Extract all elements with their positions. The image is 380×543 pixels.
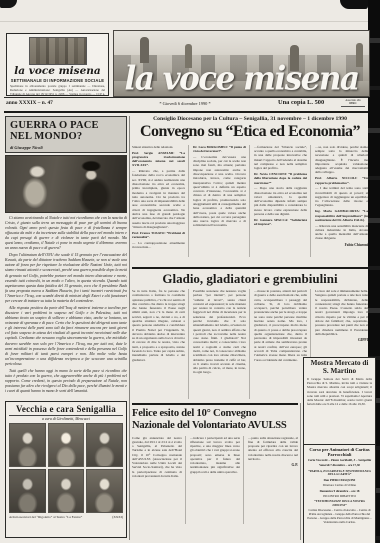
article-column: Sintesi sintetica delle relazioni. Prof.…	[132, 145, 189, 257]
column-text: — Dopo una storia della raggiunta dissoc…	[254, 186, 307, 216]
bush-saddam-photo	[5, 155, 127, 213]
gladio-headline: Gladio, gladiatori e grembiulini	[132, 272, 368, 285]
convegno-signature: Fabio Chiaroni	[315, 243, 368, 248]
convegno-headline: Convegno su “Etica ed Economia”	[132, 124, 368, 141]
corso-line: “TESTIMONIANZE DELLA NOSTRA DIOCESI”	[307, 500, 372, 508]
vecchia-senigallia-box: Vecchia e cara Senigallia a cura di Giro…	[5, 401, 127, 538]
mostra-body: Il Gruppo Seniore dei Servi di Maria del…	[307, 377, 372, 406]
article-column: …formazione del “bilancio sociale”, acca…	[254, 145, 311, 257]
price-label: Una copia L. 500	[278, 99, 324, 106]
corso-line: Domenica 9 dicembre – ore 18	[307, 490, 372, 494]
speaker-name: Dr. Luca BORGOMEO: “Il punto di vista de…	[193, 145, 246, 154]
vecchia-photo-grid	[9, 423, 123, 513]
article-column: …se, non solo dividere, perché siamo sem…	[315, 145, 368, 257]
column-text: Sintesi sintetica delle relazioni.	[132, 145, 185, 149]
newspaper-page: la voce misena SETTIMANALE DI INFORMAZIO…	[0, 0, 380, 543]
speaker-name: Prof. Sergio ANSELMI: “La progressiva tr…	[132, 151, 185, 168]
article-column: Se in tutta Italia, fra le persone che c…	[132, 289, 189, 399]
scan-crease-line	[0, 21, 368, 22]
corso-line: Caritas Diocesana – Centro di Ascolto – …	[307, 509, 372, 524]
portrait-photo	[48, 423, 85, 467]
masthead-box-photo	[29, 37, 87, 65]
portrait-photo	[9, 423, 46, 467]
guerra-byline: di Giuseppe Nicoli	[10, 145, 122, 150]
speaker-name: Dr. Nevio CENCIONI: “Il problema della l…	[254, 172, 307, 185]
portrait-photo	[9, 469, 46, 513]
editorial-paragraph: Dopo l’ultimatum dell’ONU che scade il 1…	[5, 253, 127, 304]
article-column: …punto sulla situazione regionale, al fi…	[248, 436, 298, 524]
corso-line: Direttore Caritas di Urbino	[307, 484, 372, 488]
guerra-editorial-text: Ci stiamo avvicinando al Natale e tutti …	[5, 216, 127, 397]
association-line2: FISC	[341, 102, 365, 106]
convegno-columns: Sintesi sintetica delle relazioni. Prof.…	[132, 145, 368, 257]
vecchia-title: Vecchia e cara Senigallia	[9, 404, 123, 416]
column-text: …se, non solo dividere, perché siamo sem…	[315, 145, 368, 175]
avulss-headline-line1: Felice esito del 10° Convegno	[132, 408, 298, 420]
mostra-mercato-box: Mostra Mercato di S. Martino Il Gruppo S…	[303, 357, 376, 445]
infobar-top-rule	[4, 97, 368, 98]
corso-line: Don PIERO PASQUINI	[307, 479, 372, 483]
vecchia-caption: Artisti esecutori del “Rigoletto” al Tea…	[9, 515, 82, 519]
avulss-columns: Come già annunciato dal nostro giornale,…	[132, 436, 298, 524]
masthead-info-box: la voce misena SETTIMANALE DI INFORMAZIO…	[6, 33, 109, 96]
scan-smudge-top-right-icon	[340, 0, 368, 9]
scan-smudge-top-left-icon	[0, 0, 17, 8]
editorial-paragraph: Tutti quelli che hanno oggi in mano la s…	[5, 369, 127, 394]
column-text: — Rilevata una sensibilità mancante di c…	[315, 224, 368, 241]
article-column: …indicare i partecipanti ad una seria ri…	[190, 436, 244, 524]
guerra-title: GUERRA O PACE NEL MONDO?	[10, 120, 122, 143]
convegno-kicker: Consiglio Diocesano per la Cultura – Sen…	[132, 116, 368, 122]
column-text: — Rilevato che, a partire dalla fondazio…	[132, 169, 185, 229]
corso-animatori-box: Corso per Animatori di Caritas Parrocchi…	[303, 444, 376, 543]
article-column: Dr. Luca BORGOMEO: “Il punto di vista de…	[193, 145, 250, 257]
corso-line: “PAROLA, EUCARISTIA E TESTIMONIANZA DELL…	[307, 470, 372, 478]
gladio-signature: GIPPI	[315, 338, 368, 343]
corso-title: Corso per Animatori di Caritas Parrocchi…	[307, 447, 372, 457]
editorial-paragraph: Alla risposta positiva da parte dell’Ira…	[5, 306, 127, 367]
masthead-fineprint: Spedizione in abbonamento postale gruppo…	[7, 83, 108, 97]
guerra-headline-box: GUERRA O PACE NEL MONDO? di Giuseppe Nic…	[5, 116, 127, 153]
vecchia-byline: a cura di Girolimetti, Mencucci	[9, 417, 123, 421]
avulss-signature: G.P.	[248, 463, 298, 468]
column-text: — L’economia dev’essere una disciplina s…	[193, 155, 246, 228]
avulss-headline-line2: Nazionale del Volontariato AVULSS	[132, 420, 298, 432]
editorial-paragraph: Ci stiamo avvicinando al Natale e tutti …	[5, 216, 127, 252]
portrait-photo	[86, 423, 123, 467]
column-divider-rule	[129, 116, 130, 540]
column-text: La luce del sole è immensamente bella. V…	[315, 289, 368, 336]
issue-label: anno XXXIX – n. 47	[6, 100, 53, 106]
masthead-panorama-photo: la voce misena	[113, 30, 370, 97]
vecchia-caption-number: (XXXI)	[112, 515, 123, 519]
left-column: GUERRA O PACE NEL MONDO? di Giuseppe Nic…	[5, 116, 127, 538]
article-column: La luce del sole è immensamente bella. V…	[315, 289, 368, 349]
convegno-article: Consiglio Diocesano per la Cultura – Sen…	[132, 116, 368, 257]
column-text: — La contrapposizione attualmente ricono…	[132, 241, 185, 250]
corso-line: Venerdì 7 dicembre – ore 17,30	[307, 464, 372, 468]
speaker-name: Dr. Gennaro SPACCA: “Solidarietà ed impr…	[254, 218, 307, 227]
portrait-photo	[86, 469, 123, 513]
column-text: …formazione del “bilancio sociale”, acca…	[254, 145, 307, 171]
speaker-name: Prof. Alberto NICCOLI: “Un rapporto prob…	[315, 176, 368, 185]
masthead-title: la voce misena	[114, 63, 369, 96]
column-text: — I due termini del tema sono stati rico…	[315, 186, 368, 207]
vecchia-caption-row: Artisti esecutori del “Rigoletto” al Tea…	[9, 515, 123, 519]
masthead-box-title: la voce misena	[7, 66, 108, 77]
sidebar-divider-rule	[300, 403, 301, 540]
mostra-title: Mostra Mercato di S. Martino	[307, 360, 372, 375]
avulss-article: Felice esito del 10° Convegno Nazionale …	[132, 403, 298, 524]
date-label: * Giovedì 6 dicembre 1990 *	[120, 101, 250, 106]
article-column: Possibile sostenere che nessuno voglia p…	[193, 289, 250, 399]
speaker-name: Ing. Mario GAMBACORTA: “La responsabilit…	[315, 209, 368, 222]
column-text: …punto sulla situazione regionale, al fi…	[248, 436, 298, 462]
portrait-photo	[48, 469, 85, 513]
infobar-bottom-rule	[4, 111, 368, 113]
article-column: Come già annunciato dal nostro giornale,…	[132, 436, 186, 524]
speaker-name: Prof. Franco TOSATO: “Problemi di razion…	[132, 231, 185, 240]
association-label: Associato alla FISC	[341, 99, 365, 107]
corso-line: Curia Vescovile – Piazza Garibaldi, 3 – …	[307, 459, 372, 463]
masthead-subtitle: SETTIMANALE DI INFORMAZIONE SOCIALE	[7, 78, 108, 83]
